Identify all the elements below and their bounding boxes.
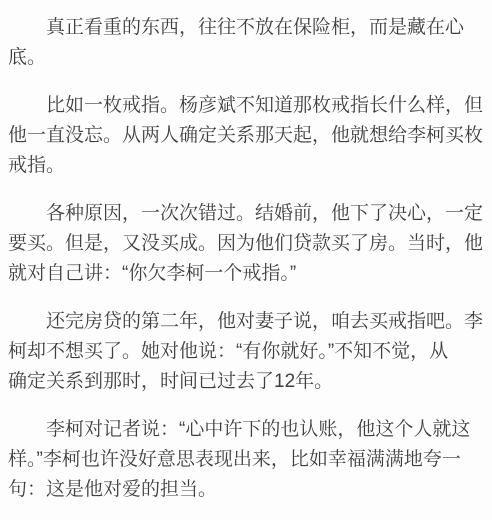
article-page: 真正看重的东西，往往不放在保险柜，而是藏在心 底。 比如一枚戒指。杨彦斌不知道那… xyxy=(0,0,492,520)
article-paragraph-1: 真正看重的东西，往往不放在保险柜，而是藏在心 底。 xyxy=(8,13,487,73)
article-paragraph-4: 还完房贷的第二年，他对妻子说，咱去买戒指吧。李 柯却不想买了。她对他说：“有你就… xyxy=(8,307,487,397)
article-paragraph-2: 比如一枚戒指。杨彦斌不知道那枚戒指长什么样，但 他一直没忘。从两人确定关系那天起… xyxy=(8,91,487,181)
article-paragraph-3: 各种原因，一次次错过。结婚前，他下了决心，一定 要买。但是，又没买成。因为他们贷… xyxy=(8,199,487,289)
article-paragraph-5: 李柯对记者说：“心中许下的也认账，他这个人就这 样。”李柯也许没好意思表现出来，… xyxy=(8,415,487,505)
